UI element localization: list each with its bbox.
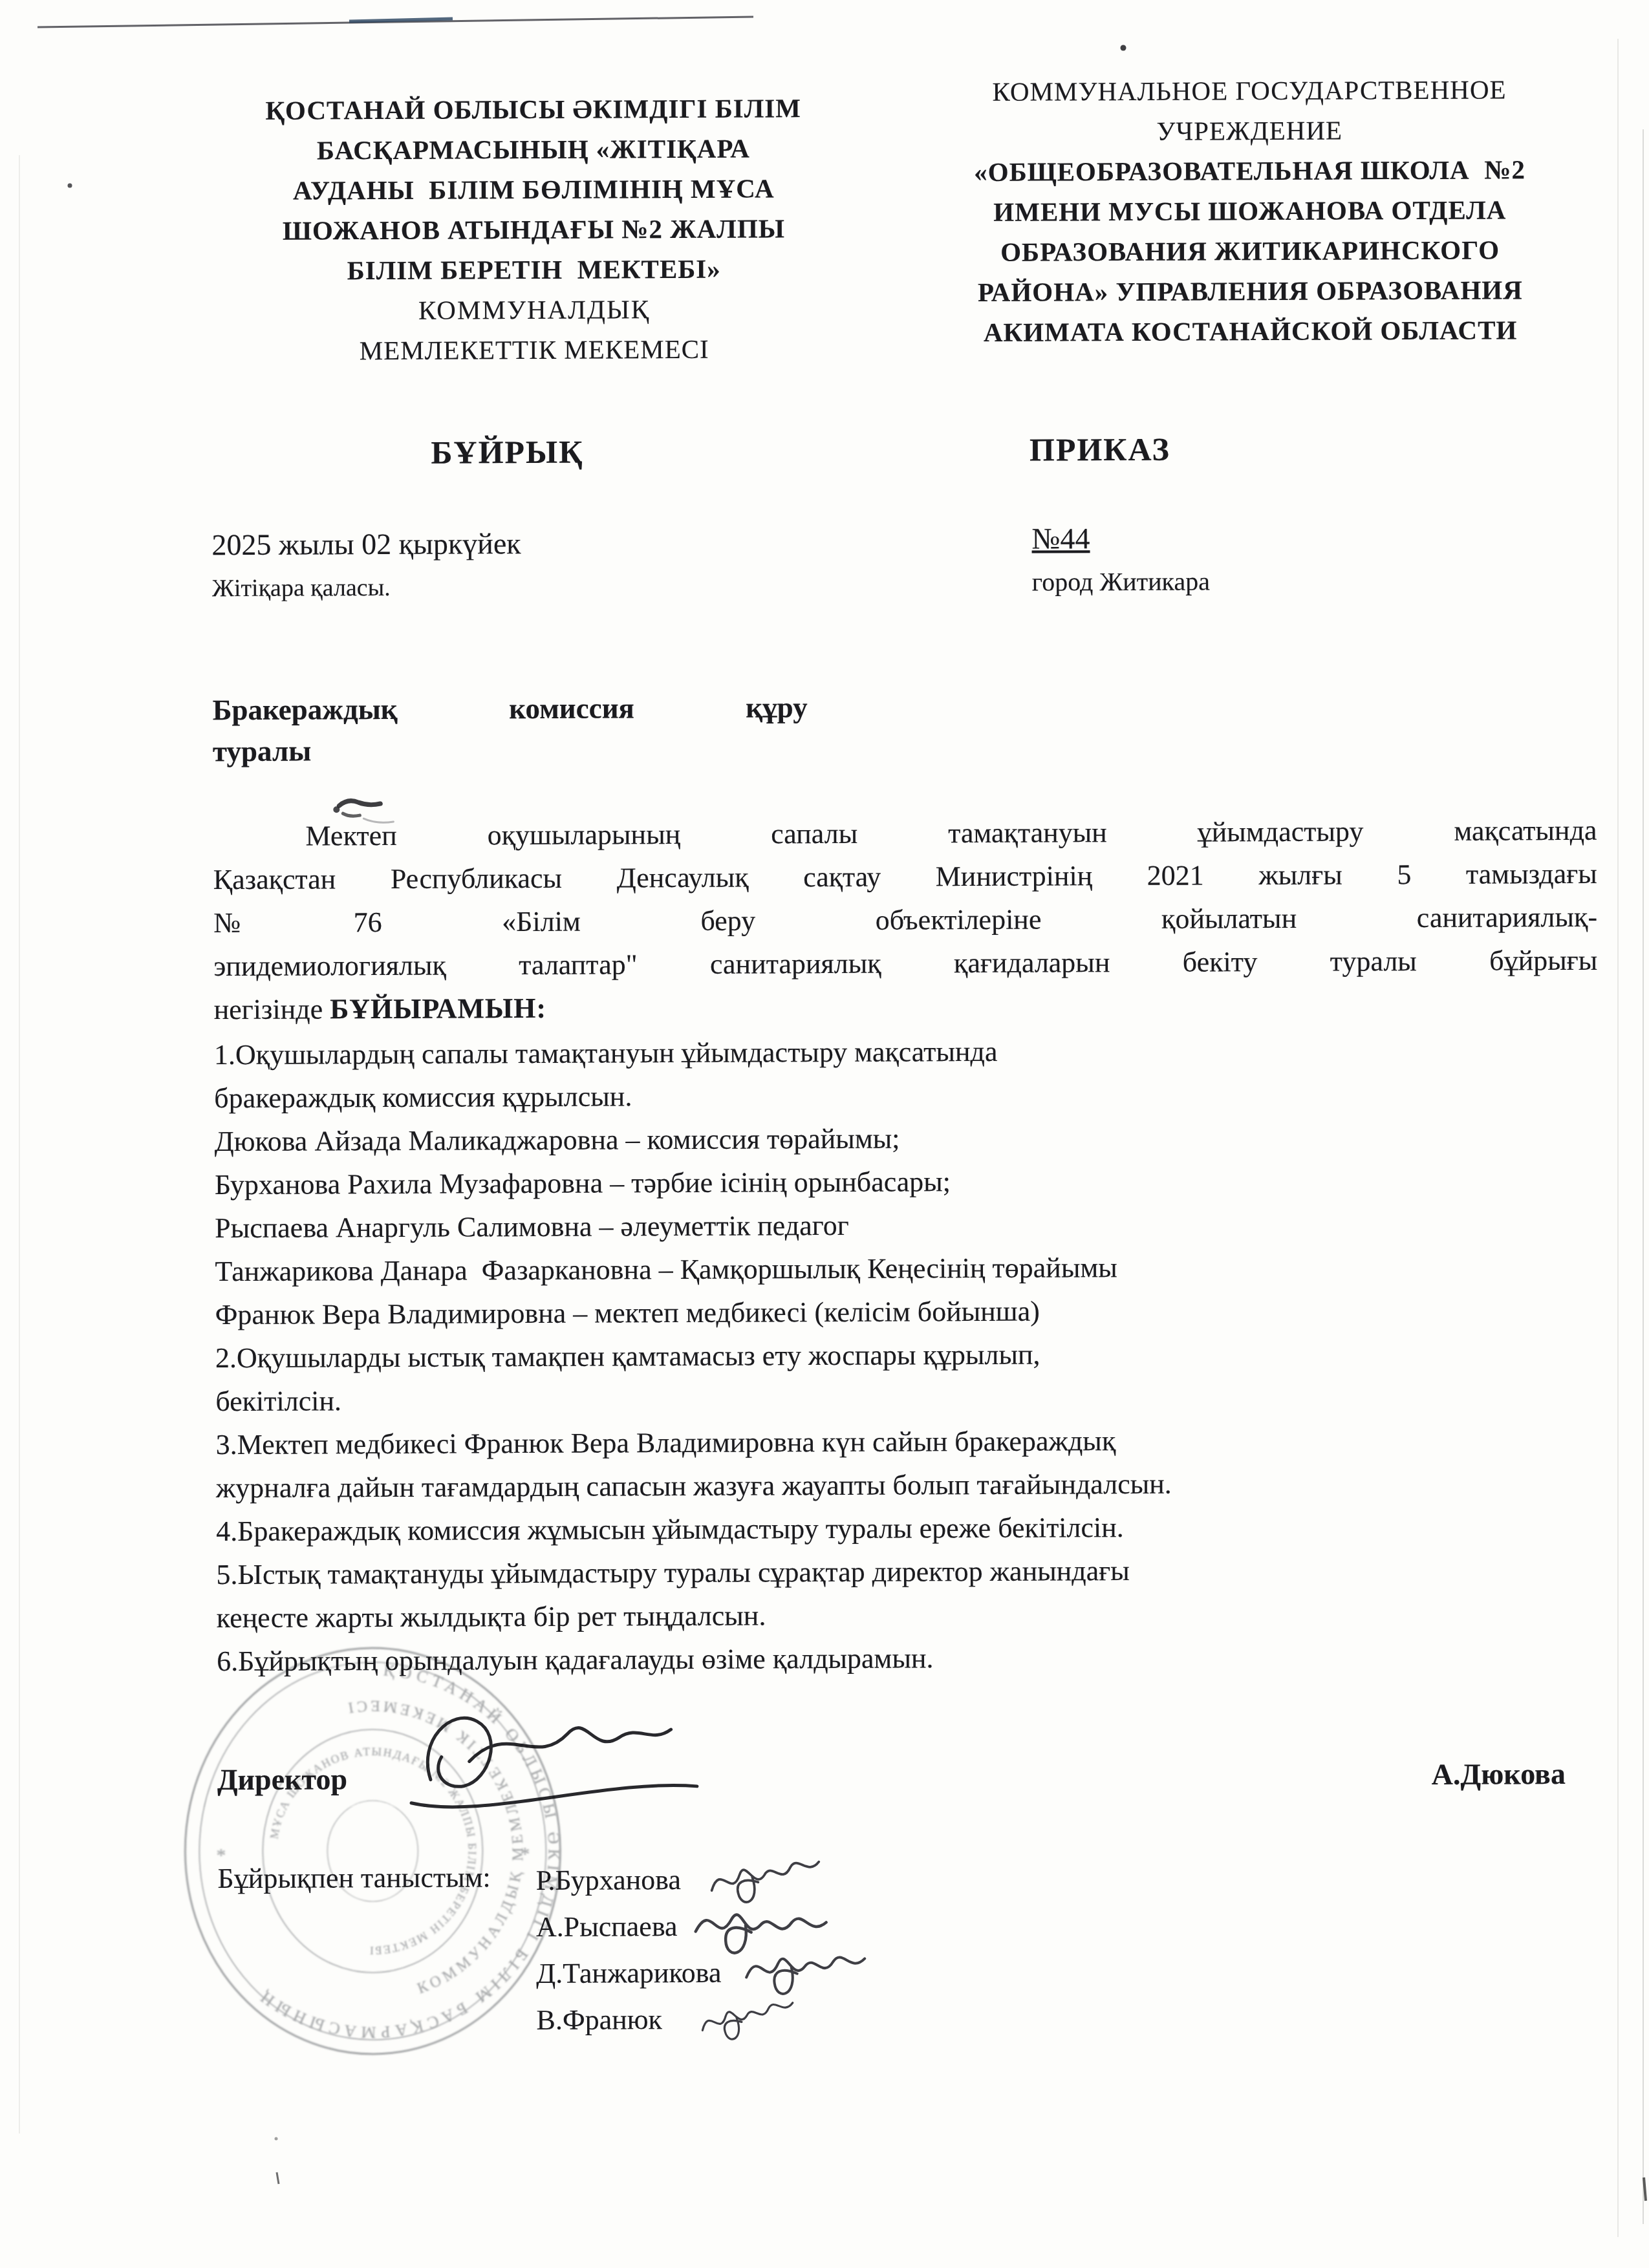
order-number: №44 — [1031, 521, 1090, 555]
letterhead-line: БАСҚАРМАСЫНЫҢ «ЖІТІҚАРА — [204, 128, 863, 171]
director-name: А.Дюкова — [1432, 1757, 1566, 1792]
letterhead-line: УЧРЕЖДЕНИЕ — [892, 109, 1607, 153]
stamp-star-right: * — [520, 1843, 530, 1865]
preamble-line: Қазақстан Республикасы Денсаулық сақтау … — [213, 852, 1597, 901]
letterhead-line: АКИМАТА КОСТАНАЙСКОЙ ОБЛАСТИ — [893, 310, 1608, 353]
stamp-star-left: * — [216, 1845, 226, 1866]
letterhead-line: ШОЖАНОВ АТЫНДАҒЫ №2 ЖАЛПЫ — [204, 208, 863, 251]
document-content: ҚОСТАНАЙ ОБЛЫСЫ ӘКІМДІГІ БІЛІМБАСҚАРМАСЫ… — [0, 0, 1649, 2268]
subject-line-2: туралы — [213, 728, 808, 772]
order-title-kk: БҰЙРЫҚ — [211, 432, 803, 472]
order-place-ru: город Житикара — [1032, 566, 1210, 597]
letterhead-line: КОММУНАЛЬНОЕ ГОСУДАРСТВЕННОЕ — [892, 69, 1606, 112]
letterhead-line: ИМЕНИ МУСЫ ШОЖАНОВА ОТДЕЛА — [892, 189, 1607, 233]
scanned-order-document: ҚОСТАНАЙ ОБЛЫСЫ ӘКІМДІГІ БІЛІМБАСҚАРМАСЫ… — [0, 0, 1649, 2268]
letterhead-line: МЕМЛЕКЕТТІК МЕКЕМЕСІ — [204, 328, 864, 371]
letterhead-russian: КОММУНАЛЬНОЕ ГОСУДАРСТВЕННОЕУЧРЕЖДЕНИЕ«О… — [892, 69, 1608, 353]
letterhead-line: ҚОСТАНАЙ ОБЛЫСЫ ӘКІМДІГІ БІЛІМ — [203, 88, 863, 131]
order-item-line: 4.Бракераждық комиссия жұмысын ұйымдасты… — [216, 1504, 1619, 1553]
preamble-closing-text: негізінде — [214, 993, 330, 1025]
preamble-line: №76 «Білім беру объектілеріне қойылатын … — [213, 895, 1597, 945]
order-item-line: журналға дайын тағамдардың сапасын жазуғ… — [216, 1460, 1619, 1510]
order-item-line: Франюк Вера Владимировна – мектеп медбик… — [215, 1287, 1619, 1336]
preamble-closing: негізінде БҰЙЫРАМЫН: — [214, 982, 1598, 1031]
order-preamble: Мектеп оқушыларының сапалы тамақтануын ұ… — [213, 809, 1597, 1031]
preamble-line: Мектеп оқушыларының сапалы тамақтануын ұ… — [213, 809, 1597, 858]
letterhead-line: «ОБЩЕОБРАЗОВАТЕЛЬНАЯ ШКОЛА №2 — [892, 149, 1607, 193]
order-item-line: Дюкова Айзада Маликаджаровна – комиссия … — [214, 1114, 1617, 1163]
order-item-line: Танжарикова Данара Фазаркановна – Қамқор… — [215, 1244, 1618, 1293]
order-date: 2025 жылы 02 қыркүйек — [211, 526, 521, 562]
order-item-line: Бурханова Рахила Музафаровна – тәрбие іс… — [215, 1157, 1618, 1206]
order-item-line: бракераждық комиссия құрылсын. — [214, 1071, 1617, 1120]
director-handwritten-signature-icon — [391, 1682, 728, 1838]
letterhead-line: ОБРАЗОВАНИЯ ЖИТИКАРИНСКОГО — [892, 230, 1607, 273]
letterhead-line: РАЙОНА» УПРАВЛЕНИЯ ОБРАЗОВАНИЯ — [893, 270, 1608, 313]
order-items: 1.Оқушылардың сапалы тамақтануын ұйымдас… — [214, 1027, 1620, 1683]
order-verb: БҰЙЫРАМЫН: — [330, 992, 546, 1025]
order-title-ru: ПРИКАЗ — [1029, 431, 1170, 469]
order-place-kk: Жітіқара қаласы. — [212, 573, 391, 603]
order-item-line: кеңесте жарты жылдықта бір рет тыңдалсын… — [217, 1590, 1620, 1640]
preamble-line: эпидемиологиялық талаптар" санитариялық … — [213, 939, 1597, 988]
order-subject: Бракераждық комиссия құру туралы — [213, 687, 808, 772]
subject-line-1: Бракераждық комиссия құру — [213, 687, 808, 731]
order-item-line: 3.Мектеп медбикесі Франюк Вера Владимиро… — [215, 1417, 1619, 1466]
order-item-line: бекітілсін. — [215, 1374, 1619, 1423]
letterhead-line: АУДАНЫ БІЛІМ БӨЛІМІНІҢ МҰСА — [204, 168, 863, 211]
letterhead-line: КОММУНАЛДЫҚ — [204, 288, 864, 331]
letterhead-kazakh: ҚОСТАНАЙ ОБЛЫСЫ ӘКІМДІГІ БІЛІМБАСҚАРМАСЫ… — [203, 88, 864, 371]
order-item-line: 5.Ыстық тамақтануды ұйымдастыру туралы с… — [216, 1547, 1619, 1596]
letterhead-line: БІЛІМ БЕРЕТІН МЕКТЕБІ» — [204, 248, 864, 291]
order-item-line: Рыспаева Анаргуль Салимовна – әлеуметтік… — [215, 1201, 1618, 1250]
ink-smudge — [326, 787, 416, 833]
handwritten-signature-icon — [689, 1985, 820, 2051]
order-item-line: 1.Оқушылардың сапалы тамақтануын ұйымдас… — [214, 1027, 1617, 1076]
acknowledgement-names: Р.Бурханова А.Рыспаева — [535, 1856, 888, 2043]
order-item-line: 2.Оқушыларды ыстық тамақпен қамтамасыз е… — [215, 1331, 1619, 1380]
